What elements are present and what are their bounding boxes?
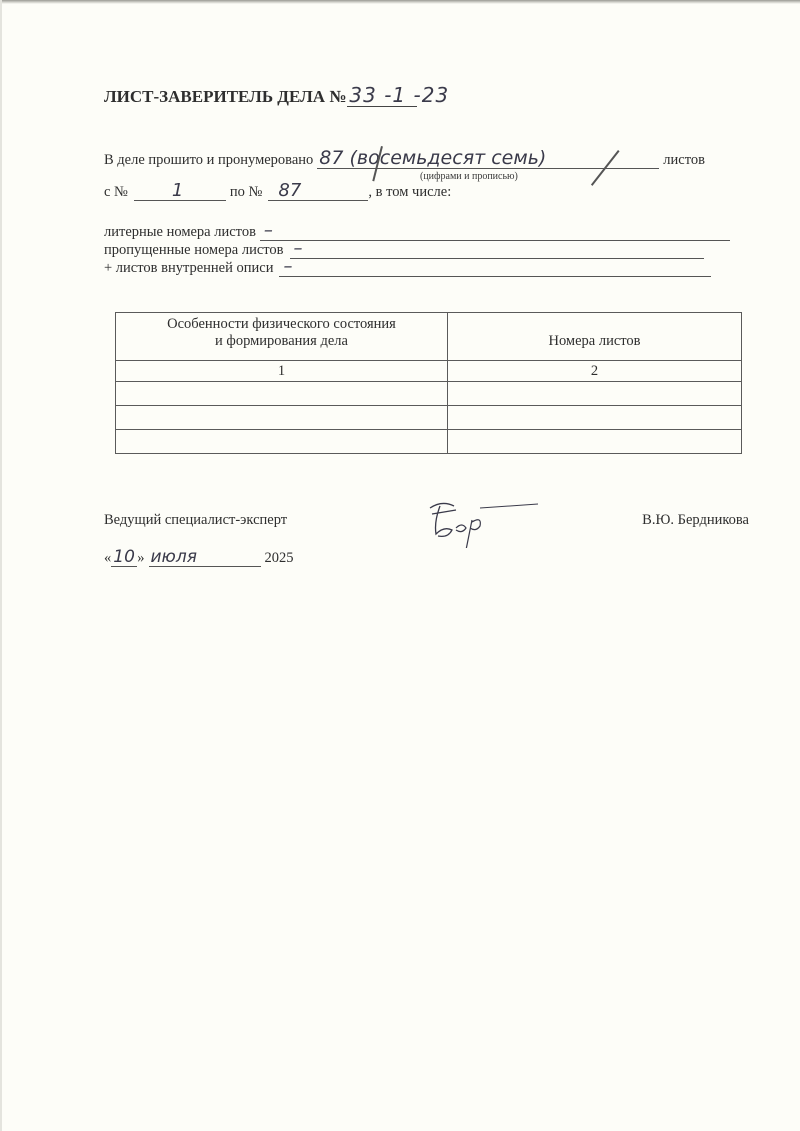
detail-label: литерные номера листов xyxy=(104,224,256,241)
page-range-line: с № 1 по № 87 , в том числе: xyxy=(104,182,451,201)
to-value-handwritten: 87 xyxy=(278,180,301,201)
case-condition-table: Особенности физического состояния и форм… xyxy=(115,312,742,454)
column-number: 2 xyxy=(448,361,742,382)
table-row xyxy=(116,406,742,430)
detail-label: + листов внутренней описи xyxy=(104,260,273,277)
detail-field: – xyxy=(290,240,704,259)
from-field: 1 xyxy=(134,182,226,201)
stitched-caption: (цифрами и прописью) xyxy=(420,171,518,182)
stitched-label: В деле прошито и пронумеровано xyxy=(104,152,313,169)
stitched-count-field: 87 (восемьдесят семь) xyxy=(317,150,659,169)
column-number-row: 1 2 xyxy=(116,361,742,382)
to-label: по № xyxy=(230,184,262,201)
column-number: 1 xyxy=(116,361,448,382)
detail-line-skipped: пропущенные номера листов – xyxy=(104,240,704,259)
signature-icon xyxy=(422,498,542,548)
detail-line-lettered: литерные номера листов – xyxy=(104,222,730,241)
scan-left-edge xyxy=(0,0,2,1131)
from-value-handwritten: 1 xyxy=(172,180,183,201)
detail-field: – xyxy=(279,258,711,277)
detail-value-handwritten: – xyxy=(264,220,273,241)
table-cell xyxy=(116,382,448,406)
detail-value-handwritten: – xyxy=(283,256,292,277)
date-year: 2025 xyxy=(265,550,294,567)
date-month-handwritten: июля xyxy=(151,547,197,567)
date-month-field: июля xyxy=(149,548,261,567)
table-header-row: Особенности физического состояния и форм… xyxy=(116,313,742,361)
range-suffix: , в том числе: xyxy=(368,184,451,201)
table-cell xyxy=(116,406,448,430)
stitched-count-handwritten: 87 (восемьдесят семь) xyxy=(319,147,546,169)
table-row xyxy=(116,430,742,454)
signer-role: Ведущий специалист-эксперт xyxy=(104,512,287,529)
table-cell xyxy=(448,406,742,430)
table-row xyxy=(116,382,742,406)
date-close-quote: » xyxy=(137,550,144,567)
table-cell xyxy=(116,430,448,454)
date-day-field: 10 xyxy=(111,548,137,567)
detail-value-handwritten: – xyxy=(294,238,303,259)
detail-field: – xyxy=(260,222,730,241)
detail-label: пропущенные номера листов xyxy=(104,242,284,259)
signer-name: В.Ю. Бердникова xyxy=(642,512,749,529)
date-line: « 10 » июля 2025 xyxy=(104,548,294,567)
header-cell-sheet-numbers: Номера листов xyxy=(448,313,742,361)
date-day-handwritten: 10 xyxy=(113,547,135,567)
scan-top-edge xyxy=(0,0,800,4)
table-cell xyxy=(448,382,742,406)
date-open-quote: « xyxy=(104,550,111,567)
table-cell xyxy=(448,430,742,454)
from-label: с № xyxy=(104,184,128,201)
header-cell-features: Особенности физического состояния и форм… xyxy=(116,313,448,361)
document-title: ЛИСТ-ЗАВЕРИТЕЛЬ ДЕЛА № 33 -1 -23 xyxy=(104,86,417,107)
title-label: ЛИСТ-ЗАВЕРИТЕЛЬ ДЕЛА № xyxy=(104,87,346,107)
case-number-field: 33 -1 -23 xyxy=(347,86,417,107)
case-number-handwritten: 33 -1 -23 xyxy=(349,83,449,107)
detail-line-inventory: + листов внутренней описи – xyxy=(104,258,711,277)
to-field: 87 xyxy=(268,182,368,201)
stitched-suffix: листов xyxy=(663,152,705,169)
